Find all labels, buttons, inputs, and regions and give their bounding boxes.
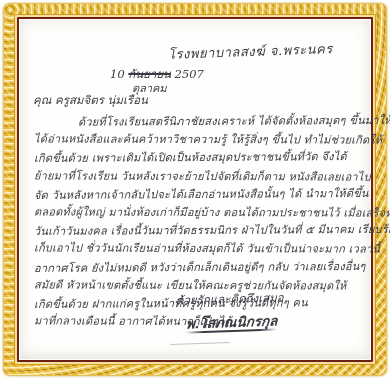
closing-line: ด้วยรักและคิดถึงเสมอ — [176, 290, 284, 311]
body-line: เก็บเอาไป ชั่ววันนักเรียนอ่านที่ห้องสมุด… — [34, 239, 360, 258]
letter-paper: โรงพยาบาลสงฆ์ จ.พระนคร 10 กันยายน 2507 ต… — [20, 20, 370, 359]
body-line: วันเก้าวันมงคล เรื่องนี้วันมาที่วัดธรรมน… — [34, 220, 360, 240]
body-line: จัด วันหลังหากเจ้ากลับไปจะได้เลือกอ่านหน… — [34, 184, 360, 204]
scanned-letter-page: โรงพยาบาลสงฆ์ จ.พระนคร 10 กันยายน 2507 ต… — [0, 0, 390, 379]
date-day: 10 — [110, 67, 125, 81]
body-line: เกิดขึ้นด้วย เพราะเดิมได้เปิดเป็นห้องสมุ… — [34, 147, 360, 167]
date-year: 2507 — [175, 67, 204, 81]
faint-pencil-mark — [170, 342, 230, 348]
body-line: ตลอดทั้งผู้ใหญ่ มานั่งห้องเก่าก็มีอยู่บ้… — [34, 202, 360, 221]
signature: พ.โสภณนิกรกุล — [185, 309, 278, 333]
body-line: ได้อ่านหนังสือและค้นคว้าหาวิชาความรู้ ให… — [34, 130, 360, 149]
body-line: อากาศโรค ยังไม่หมดดี หวังว่าเด็กเล็กเดิน… — [34, 257, 360, 277]
body-line: ด้วยที่โรงเรียนสตรีนิภาชัยสงเคราะห์ ได้จ… — [34, 111, 360, 131]
letter-header: โรงพยาบาลสงฆ์ จ.พระนคร — [168, 38, 333, 65]
salutation-line: คุณ ครูสมจิตร นุ่มเรือน — [33, 92, 148, 110]
body-line: ย้ายมาที่โรงเรียน วันหลังเราจะย้ายไปจัดท… — [34, 166, 360, 185]
